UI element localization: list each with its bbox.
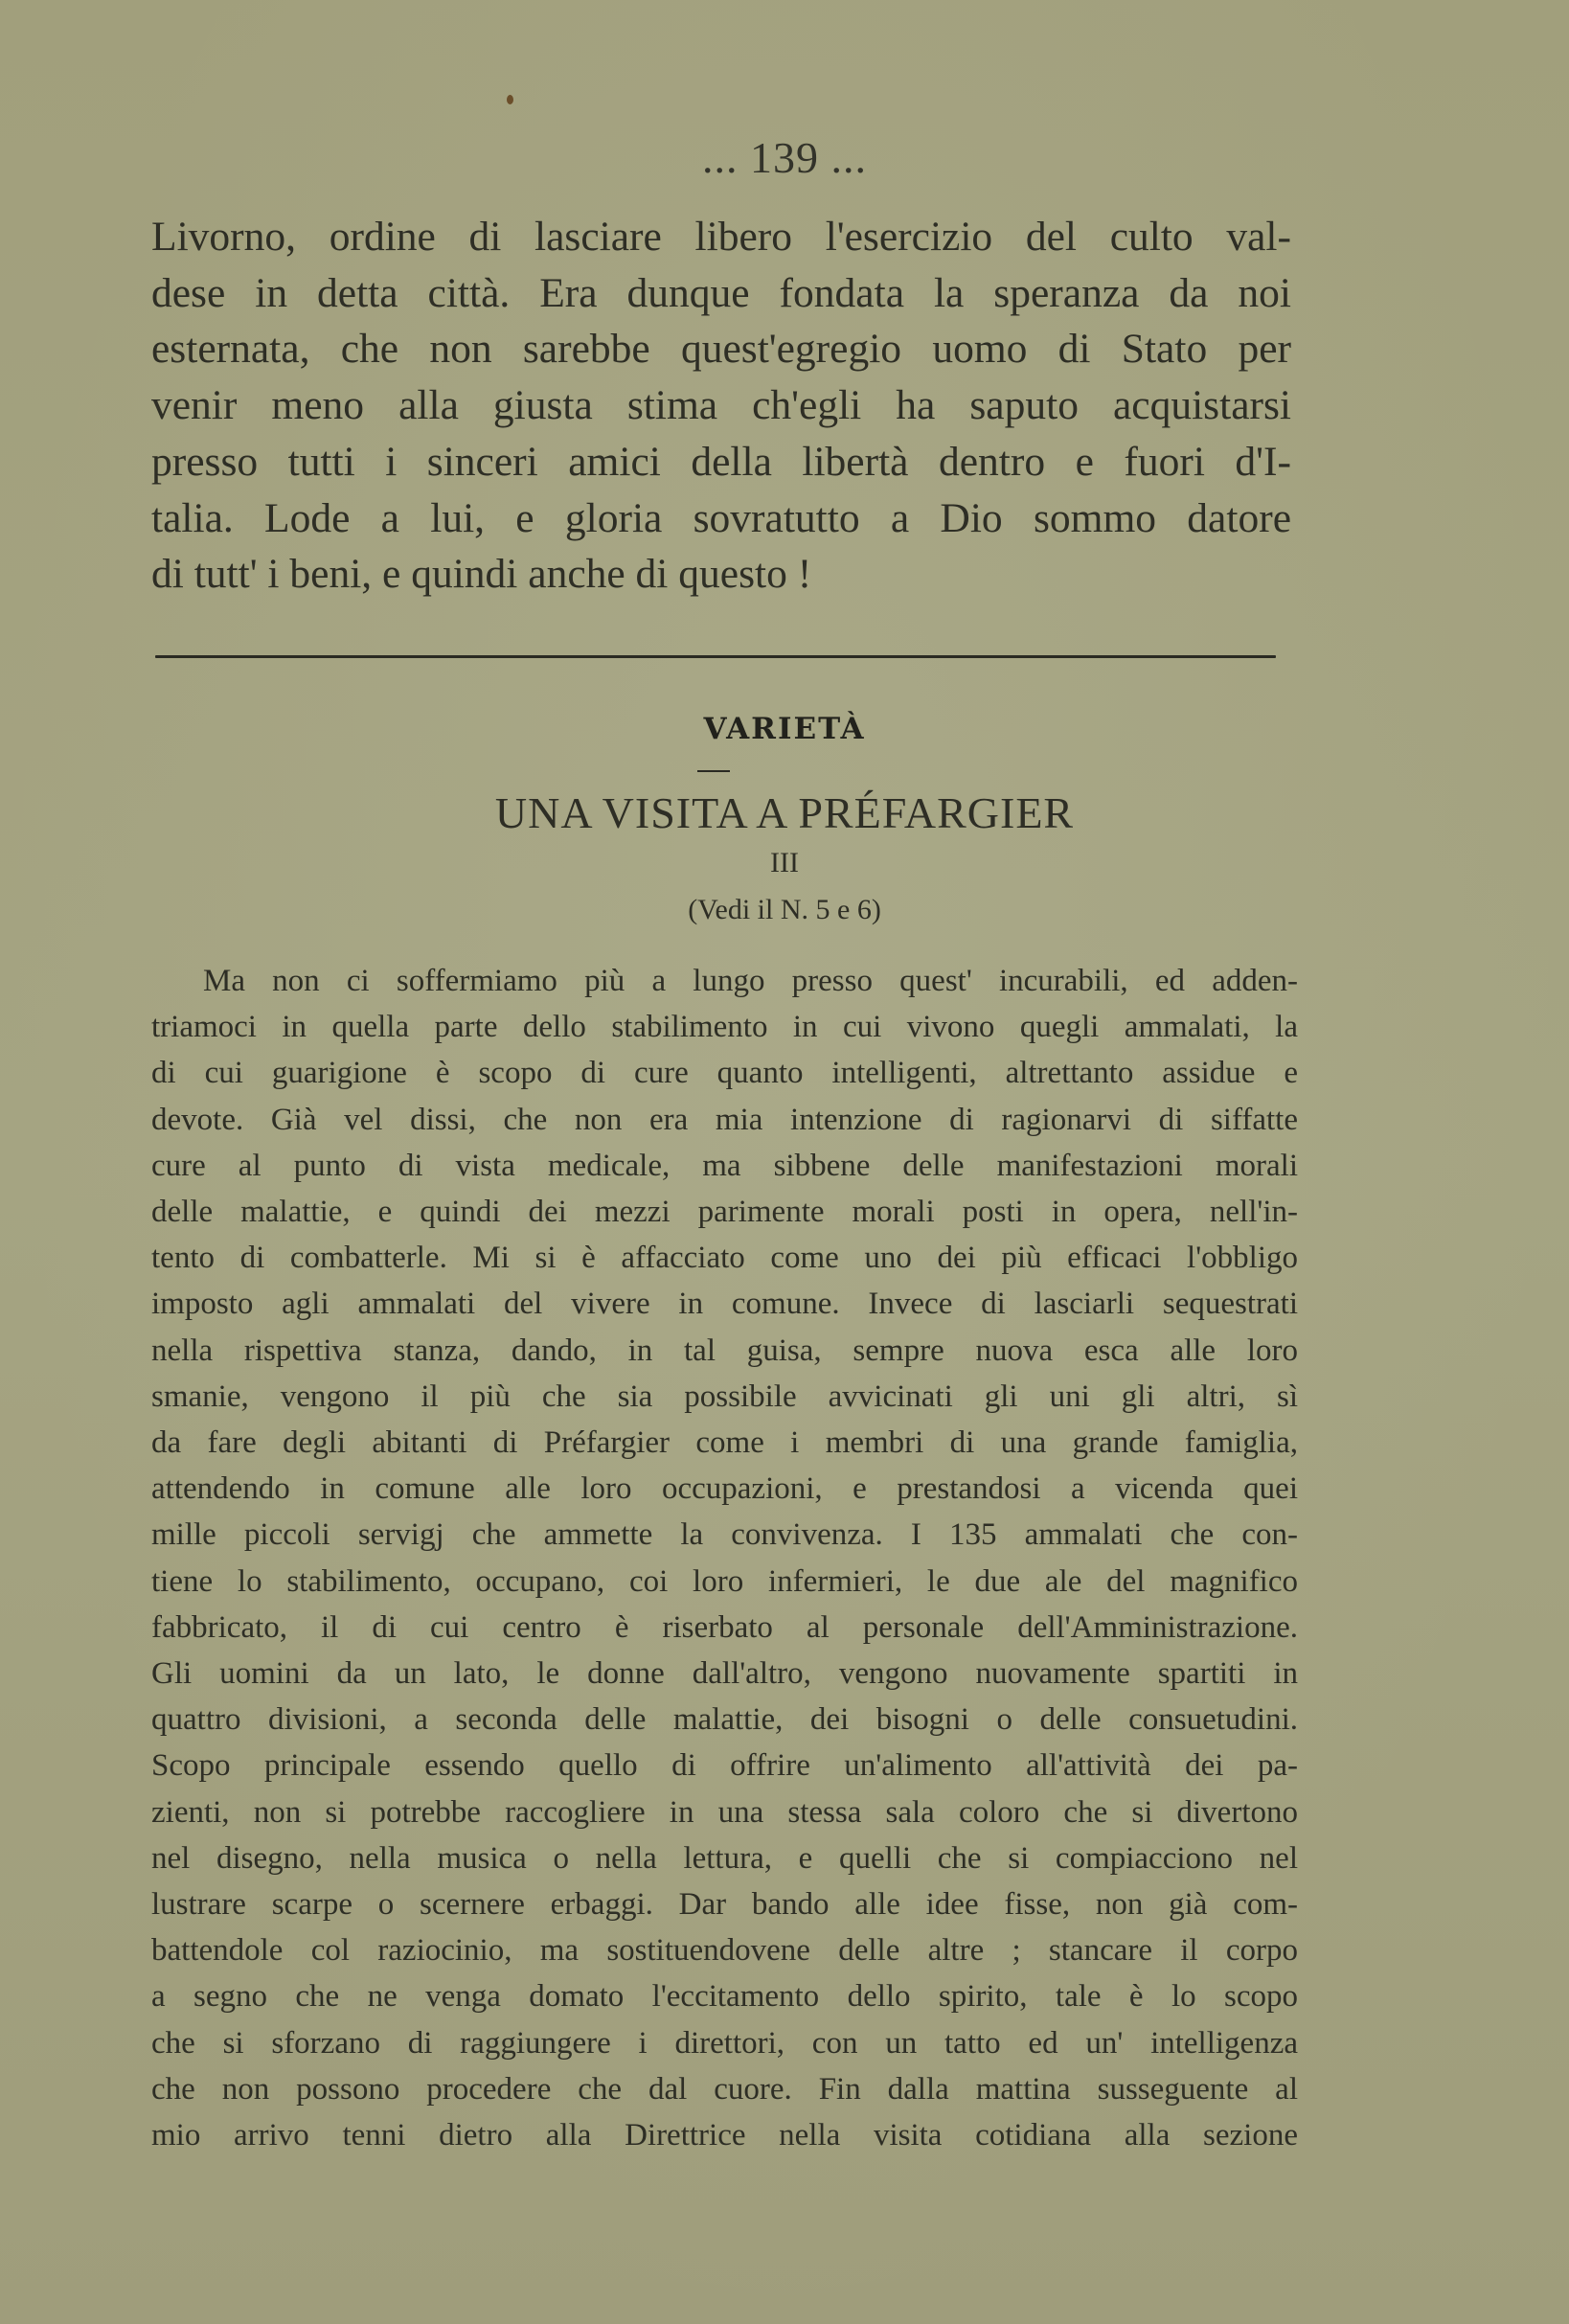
article-title: UNA VISITA A PRÉFARGIER	[0, 787, 1569, 838]
text-line: venir meno alla giusta stima ch'egli ha …	[151, 377, 1291, 434]
scanned-page: ... 139 ... Livorno, ordine di lasciare …	[0, 0, 1569, 2324]
text-line: esternata, che non sarebbe quest'egregio…	[151, 321, 1291, 377]
text-line: di cui guarigione è scopo di cure quanto…	[151, 1050, 1298, 1096]
part-number: III	[0, 847, 1569, 879]
text-line: di tutt' i beni, e quindi anche di quest…	[151, 546, 1291, 603]
text-line: tiene lo stabilimento, occupano, coi lor…	[151, 1559, 1298, 1605]
ink-speck	[507, 95, 513, 104]
section-label: VARIETÀ	[0, 712, 1569, 746]
text-line: che si sforzano di raggiungere i diretto…	[151, 2020, 1298, 2066]
title-dash	[697, 770, 730, 772]
text-line: cure al punto di vista medicale, ma sibb…	[151, 1143, 1298, 1189]
text-line: nella rispettiva stanza, dando, in tal g…	[151, 1328, 1298, 1374]
text-line: mille piccoli servigj che ammette la con…	[151, 1512, 1298, 1558]
text-line: triamoci in quella parte dello stabilime…	[151, 1004, 1298, 1050]
text-line: da fare degli abitanti di Préfargier com…	[151, 1420, 1298, 1466]
text-line: tento di combatterle. Mi si è affacciato…	[151, 1235, 1298, 1281]
text-line: presso tutti i sinceri amici della liber…	[151, 434, 1291, 490]
text-line: nel disegno, nella musica o nella lettur…	[151, 1835, 1298, 1881]
text-line: lustrare scarpe o scernere erbaggi. Dar …	[151, 1881, 1298, 1927]
section-divider	[155, 655, 1276, 658]
text-line: a segno che ne venga domato l'eccitament…	[151, 1973, 1298, 2019]
text-line: che non possono procedere che dal cuore.…	[151, 2066, 1298, 2112]
article-body: Ma non ci soffermiamo più a lungo presso…	[151, 958, 1298, 2158]
intro-paragraph: Livorno, ordine di lasciare libero l'ese…	[151, 209, 1291, 603]
text-line: devote. Già vel dissi, che non era mia i…	[151, 1097, 1298, 1143]
text-line: mio arrivo tenni dietro alla Direttrice …	[151, 2112, 1298, 2158]
text-line: imposto agli ammalati del vivere in comu…	[151, 1281, 1298, 1327]
text-line: Scopo principale essendo quello di offri…	[151, 1743, 1298, 1789]
page-number: ... 139 ...	[0, 132, 1569, 183]
issue-reference: (Vedi il N. 5 e 6)	[0, 894, 1569, 926]
text-line: dese in detta città. Era dunque fondata …	[151, 265, 1291, 322]
text-line: Gli uomini da un lato, le donne dall'alt…	[151, 1651, 1298, 1697]
text-line: battendole col raziocinio, ma sostituend…	[151, 1927, 1298, 1973]
text-line: attendendo in comune alle loro occupazio…	[151, 1466, 1298, 1512]
text-line: Ma non ci soffermiamo più a lungo presso…	[151, 958, 1298, 1004]
text-line: delle malattie, e quindi dei mezzi parim…	[151, 1189, 1298, 1235]
text-line: fabbricato, il di cui centro è riserbato…	[151, 1605, 1298, 1651]
text-line: quattro divisioni, a seconda delle malat…	[151, 1697, 1298, 1743]
text-line: smanie, vengono il più che sia possibile…	[151, 1374, 1298, 1420]
text-line: zienti, non si potrebbe raccogliere in u…	[151, 1789, 1298, 1835]
text-line: talia. Lode a lui, e gloria sovratutto a…	[151, 490, 1291, 547]
text-line: Livorno, ordine di lasciare libero l'ese…	[151, 209, 1291, 265]
